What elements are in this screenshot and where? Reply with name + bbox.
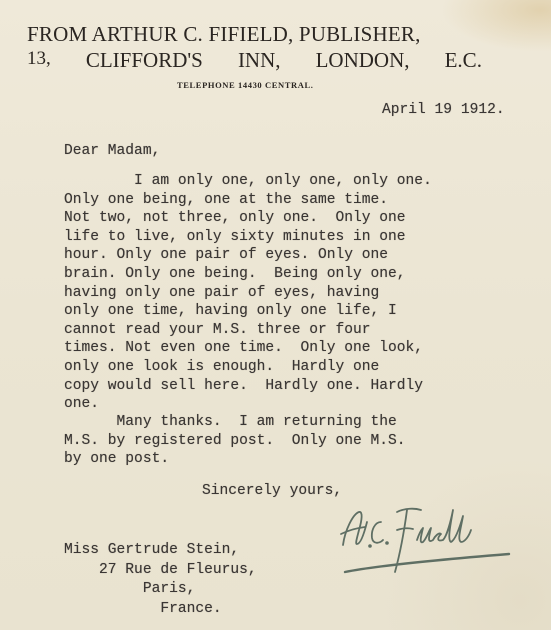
- body-line: only one look is enough. Hardly one: [64, 358, 432, 377]
- letterhead-address-city: LONDON,: [316, 48, 410, 73]
- letterhead-address-district: E.C.: [445, 48, 482, 73]
- letter-closing-paragraph: Many thanks. I am returning theM.S. by r…: [64, 413, 406, 469]
- handwritten-signature: [335, 500, 515, 580]
- letter-salutation: Dear Madam,: [64, 142, 160, 161]
- letterhead-address-street: CLIFFORD'S: [86, 48, 203, 73]
- letterhead-publisher: FROM ARTHUR C. FIFIELD, PUBLISHER,: [27, 22, 421, 47]
- letterhead-address-number: 13,: [27, 48, 51, 73]
- body-line: Not two, not three, only one. Only one: [64, 209, 432, 228]
- body-line: brain. Only one being. Being only one,: [64, 265, 432, 284]
- letter-signoff: Sincerely yours,: [202, 482, 342, 501]
- closing-line: by one post.: [64, 450, 406, 469]
- closing-line: Many thanks. I am returning the: [64, 413, 406, 432]
- body-line: I am only one, only one, only one.: [64, 172, 432, 191]
- body-line: copy would sell here. Hardly one. Hardly: [64, 377, 432, 396]
- address-line: Miss Gertrude Stein,: [64, 541, 257, 561]
- body-line: hour. Only one pair of eyes. Only one: [64, 246, 432, 265]
- body-line: times. Not even one time. Only one look,: [64, 339, 432, 358]
- letterhead-address-inn: INN,: [238, 48, 281, 73]
- address-line: Paris,: [64, 580, 257, 600]
- letterhead-telephone: TELEPHONE 14430 CENTRAL.: [177, 80, 314, 90]
- letterhead-address: 13, CLIFFORD'S INN, LONDON, E.C.: [27, 48, 482, 73]
- body-line: life to live, only sixty minutes in one: [64, 228, 432, 247]
- letter-date: April 19 1912.: [382, 101, 505, 120]
- letter-body: I am only one, only one, only one.Only o…: [64, 172, 432, 414]
- body-line: only one time, having only one life, I: [64, 302, 432, 321]
- body-line: one.: [64, 395, 432, 414]
- body-line: having only one pair of eyes, having: [64, 284, 432, 303]
- body-line: Only one being, one at the same time.: [64, 191, 432, 210]
- address-line: France.: [64, 600, 257, 620]
- closing-line: M.S. by registered post. Only one M.S.: [64, 432, 406, 451]
- letter-paper: FROM ARTHUR C. FIFIELD, PUBLISHER, 13, C…: [0, 0, 551, 630]
- body-line: cannot read your M.S. three or four: [64, 321, 432, 340]
- recipient-address: Miss Gertrude Stein, 27 Rue de Fleurus, …: [64, 541, 257, 619]
- address-line: 27 Rue de Fleurus,: [64, 561, 257, 581]
